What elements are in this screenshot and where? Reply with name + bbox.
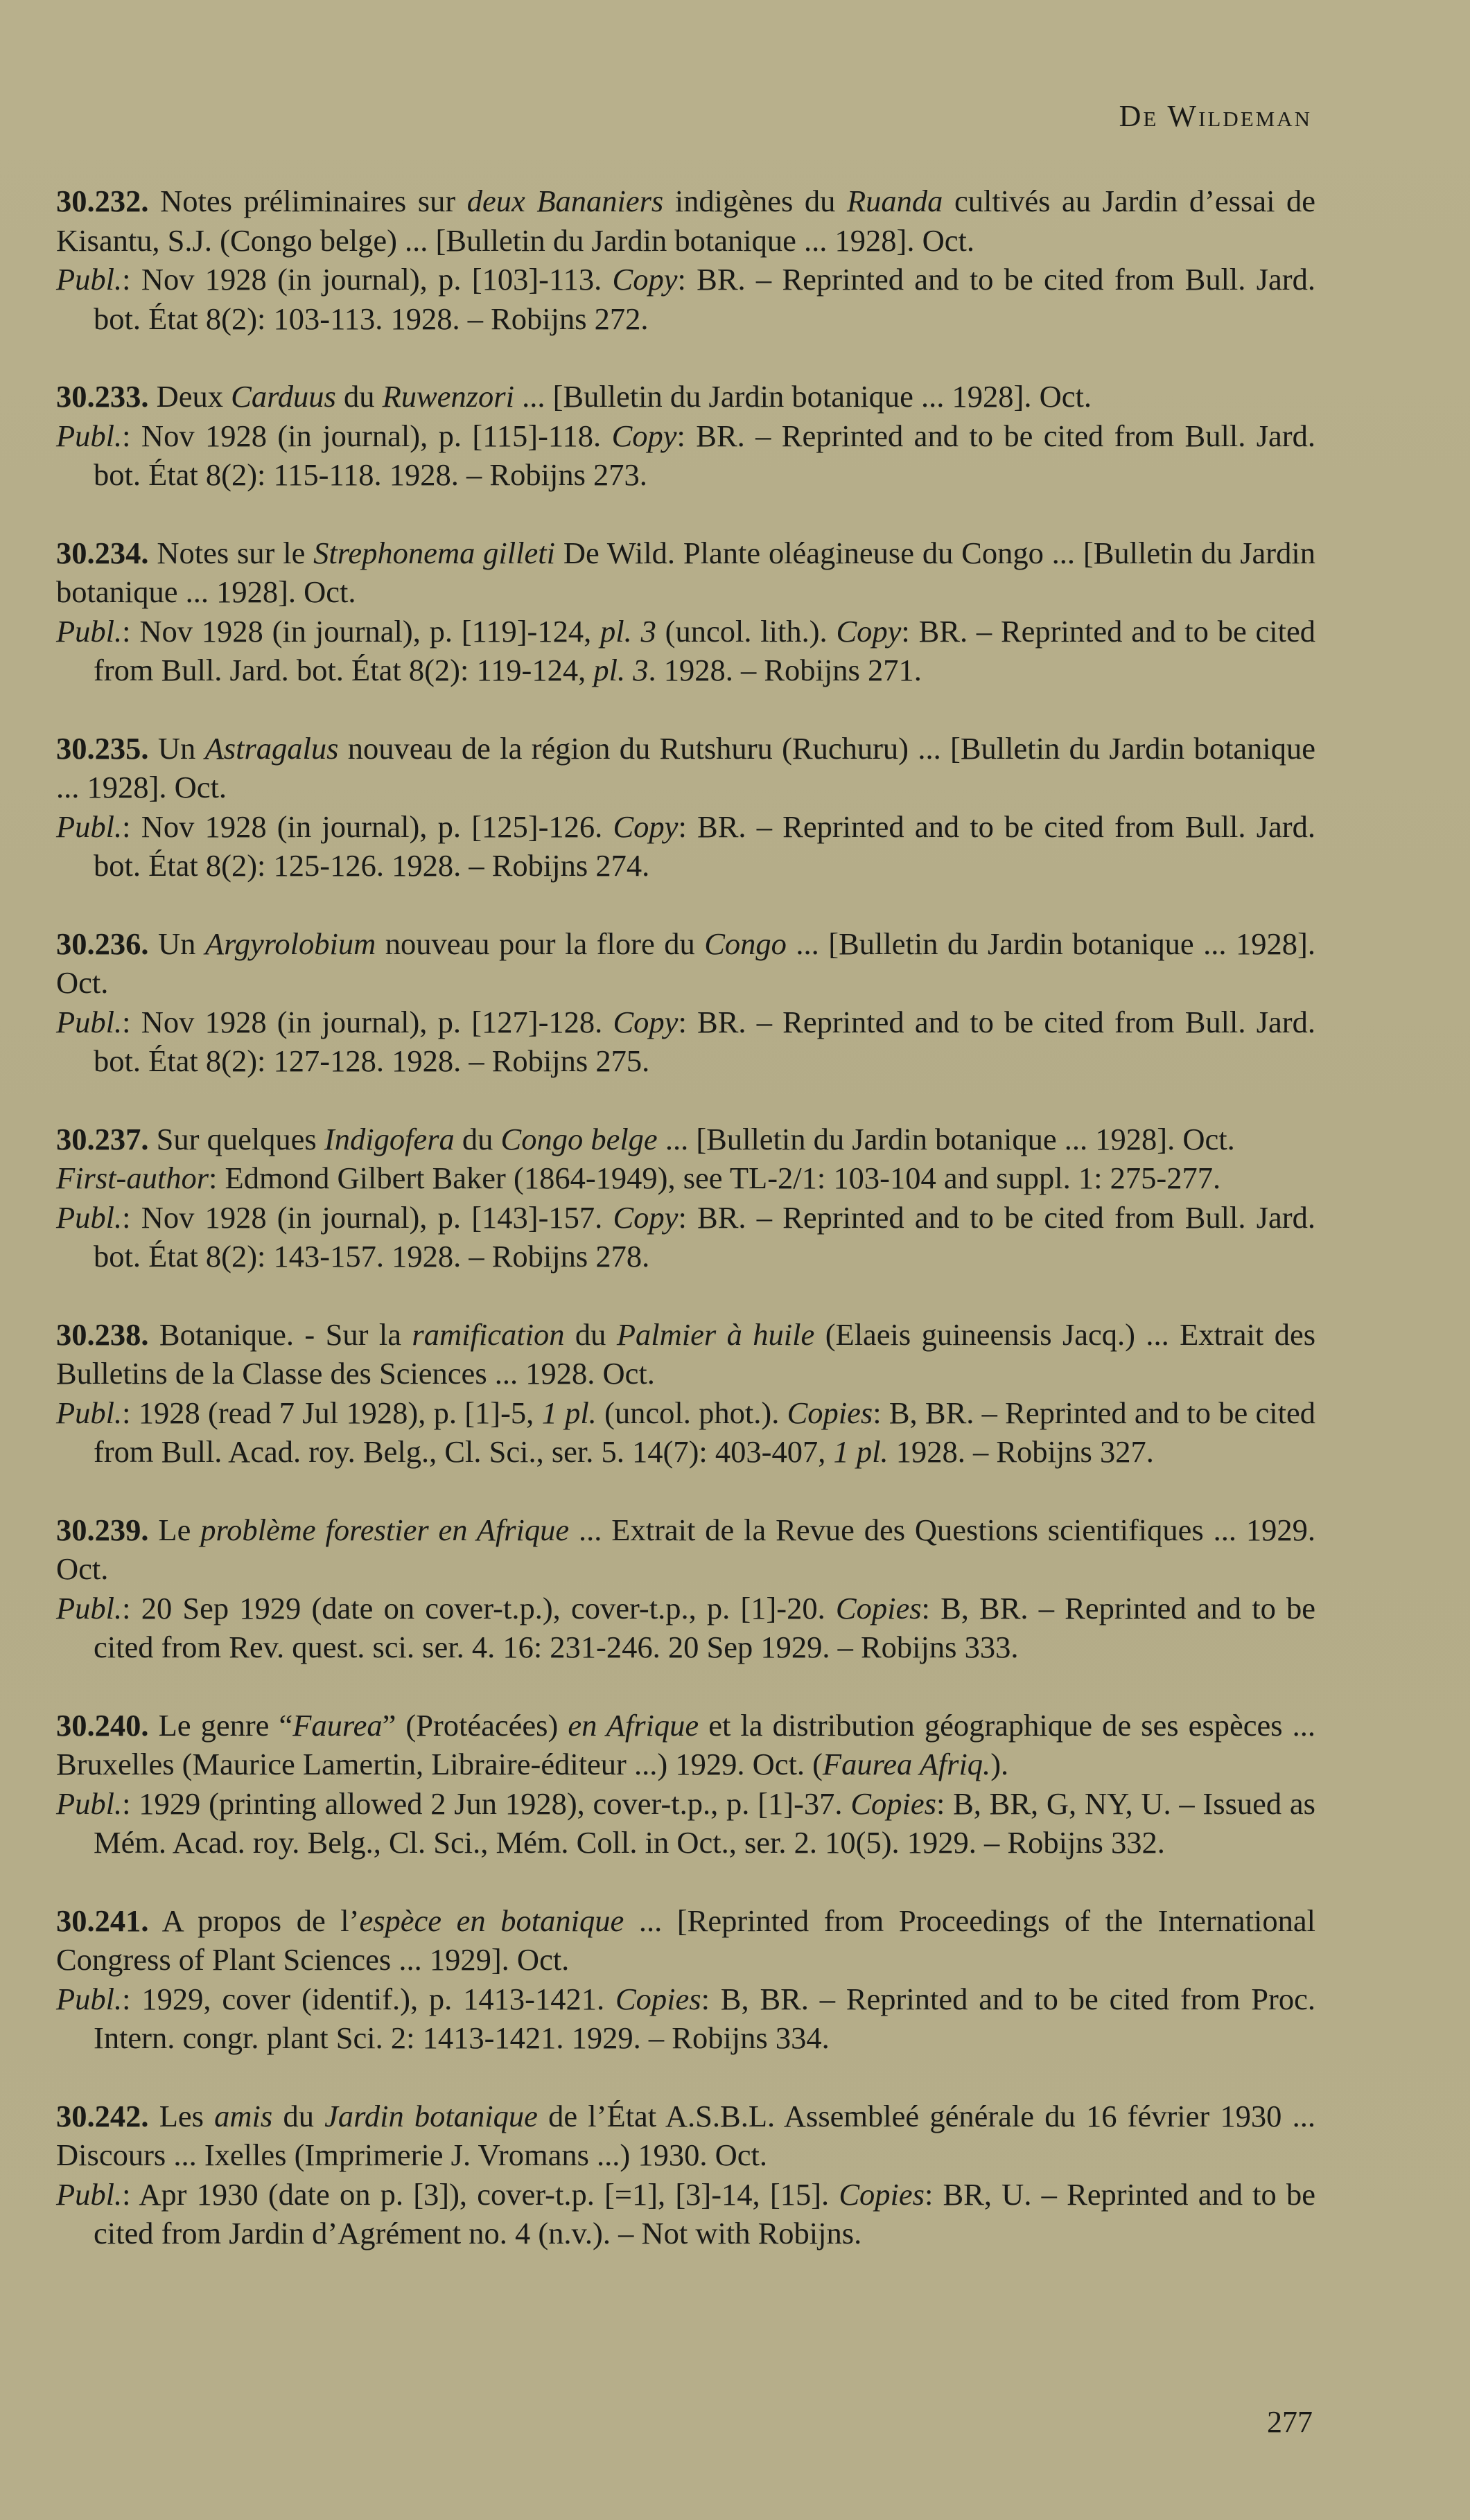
italic-text: Publ. [56,1395,122,1430]
italic-text: Copy [836,614,901,649]
entry-title: 30.239. Le problème forestier en Afrique… [56,1510,1315,1589]
italic-text: pl. 3 [593,653,648,687]
bibliography-entry: 30.233. Deux Carduus du Ruwenzori ... [B… [56,377,1315,495]
entry-title: 30.234. Notes sur le Strephonema gilleti… [56,534,1315,612]
italic-text: Indigofera [324,1122,455,1156]
italic-text: pl. 3 [600,614,656,649]
publication-note: Publ.: Nov 1928 (in journal), p. [125]-1… [56,807,1315,885]
italic-text: Copy [613,1005,679,1039]
italic-text: Publ. [56,1786,122,1821]
entry-number: 30.242. [56,2099,149,2133]
book-page: De Wildeman 30.232. Notes préliminaires … [0,0,1470,2520]
bibliography-entry: 30.232. Notes préliminaires sur deux Ban… [56,182,1315,338]
italic-text: Publ. [56,614,122,649]
running-head: De Wildeman [1119,98,1312,134]
italic-text: Copies [787,1395,873,1430]
publication-note: Publ.: Nov 1928 (in journal), p. [119]-1… [56,612,1315,690]
italic-text: Palmier à huile [617,1317,814,1352]
publication-note: Publ.: Nov 1928 (in journal), p. [143]-1… [56,1198,1315,1276]
entry-title: 30.235. Un Astragalus nouveau de la régi… [56,729,1315,807]
entry-number: 30.236. [56,926,149,961]
italic-text: Ruanda [847,184,943,218]
italic-text: Jardin botanique [324,2099,538,2133]
italic-text: Copies [850,1786,936,1821]
bibliography-entry: 30.239. Le problème forestier en Afrique… [56,1510,1315,1667]
entry-number: 30.237. [56,1122,149,1156]
italic-text: amis [214,2099,272,2133]
entry-title: 30.237. Sur quelques Indigofera du Congo… [56,1120,1315,1159]
italic-text: Publ. [56,1591,122,1625]
italic-text: deux Bananiers [467,184,664,218]
entry-title: 30.238. Botanique. - Sur la ramification… [56,1315,1315,1393]
italic-text: Congo belge [501,1122,658,1156]
italic-text: Carduus [231,379,336,414]
publication-note: Publ.: Nov 1928 (in journal), p. [127]-1… [56,1003,1315,1081]
italic-text: Copies [839,2177,925,2212]
bibliography-entry: 30.238. Botanique. - Sur la ramification… [56,1315,1315,1472]
publication-note: First-author: Edmond Gilbert Baker (1864… [56,1158,1315,1198]
publication-note: Publ.: 20 Sep 1929 (date on cover-t.p.),… [56,1589,1315,1667]
italic-text: Copy [613,809,679,844]
entry-title: 30.232. Notes préliminaires sur deux Ban… [56,182,1315,260]
publication-note: Publ.: 1928 (read 7 Jul 1928), p. [1]-5,… [56,1393,1315,1472]
entry-title: 30.242. Les amis du Jardin botanique de … [56,2097,1315,2175]
italic-text: 1 pl. [833,1434,888,1469]
publication-note: Publ.: Apr 1930 (date on p. [3]), cover-… [56,2175,1315,2253]
page-number: 277 [1267,2404,1313,2440]
entry-title: 30.241. A propos de l’espèce en botaniqu… [56,1901,1315,1980]
italic-text: Copies [615,1982,701,2016]
bibliography-entry: 30.241. A propos de l’espèce en botaniqu… [56,1901,1315,2058]
italic-text: First-author [56,1161,209,1195]
bibliography-entry: 30.234. Notes sur le Strephonema gilleti… [56,534,1315,690]
bibliography-entry: 30.236. Un Argyrolobium nouveau pour la … [56,924,1315,1081]
bibliography-entry: 30.235. Un Astragalus nouveau de la régi… [56,729,1315,885]
italic-text: Astragalus [205,731,339,766]
bibliography-column: 30.232. Notes préliminaires sur deux Ban… [56,182,1315,2292]
italic-text: Copy [612,418,677,453]
entry-number: 30.241. [56,1903,149,1938]
italic-text: Publ. [56,418,122,453]
italic-text: Publ. [56,262,122,297]
entry-title: 30.236. Un Argyrolobium nouveau pour la … [56,924,1315,1003]
italic-text: Publ. [56,2177,122,2212]
entry-number: 30.238. [56,1317,149,1352]
italic-text: 1 pl. [542,1395,597,1430]
italic-text: espèce en botanique [359,1903,624,1938]
italic-text: Publ. [56,1005,122,1039]
publication-note: Publ.: 1929 (printing allowed 2 Jun 1928… [56,1784,1315,1862]
entry-number: 30.235. [56,731,149,766]
entry-title: 30.233. Deux Carduus du Ruwenzori ... [B… [56,377,1315,416]
italic-text: Strephonema gilleti [313,536,555,570]
publication-note: Publ.: Nov 1928 (in journal), p. [115]-1… [56,416,1315,495]
entry-number: 30.240. [56,1708,149,1743]
italic-text: problème forestier en Afrique [200,1513,569,1547]
entry-title: 30.240. Le genre “Faurea” (Protéacées) e… [56,1706,1315,1784]
italic-text: Argyrolobium [205,926,376,961]
bibliography-entry: 30.242. Les amis du Jardin botanique de … [56,2097,1315,2253]
italic-text: Ruwenzori [383,379,514,414]
italic-text: Publ. [56,809,122,844]
italic-text: en Afrique [568,1708,699,1743]
italic-text: Congo [704,926,787,961]
entry-number: 30.234. [56,536,149,570]
entry-number: 30.239. [56,1513,149,1547]
italic-text: ramification [412,1317,564,1352]
publication-note: Publ.: 1929, cover (identif.), p. 1413-1… [56,1980,1315,2058]
italic-text: Copy [613,262,678,297]
italic-text: Publ. [56,1982,122,2016]
entry-number: 30.232. [56,184,149,218]
bibliography-entry: 30.240. Le genre “Faurea” (Protéacées) e… [56,1706,1315,1862]
italic-text: Faurea [292,1708,382,1743]
italic-text: Copy [613,1200,679,1235]
italic-text: Publ. [56,1200,122,1235]
entry-number: 30.233. [56,379,149,414]
publication-note: Publ.: Nov 1928 (in journal), p. [103]-1… [56,260,1315,338]
bibliography-entry: 30.237. Sur quelques Indigofera du Congo… [56,1120,1315,1276]
italic-text: Faurea Afriq. [823,1747,990,1781]
italic-text: Copies [836,1591,922,1625]
